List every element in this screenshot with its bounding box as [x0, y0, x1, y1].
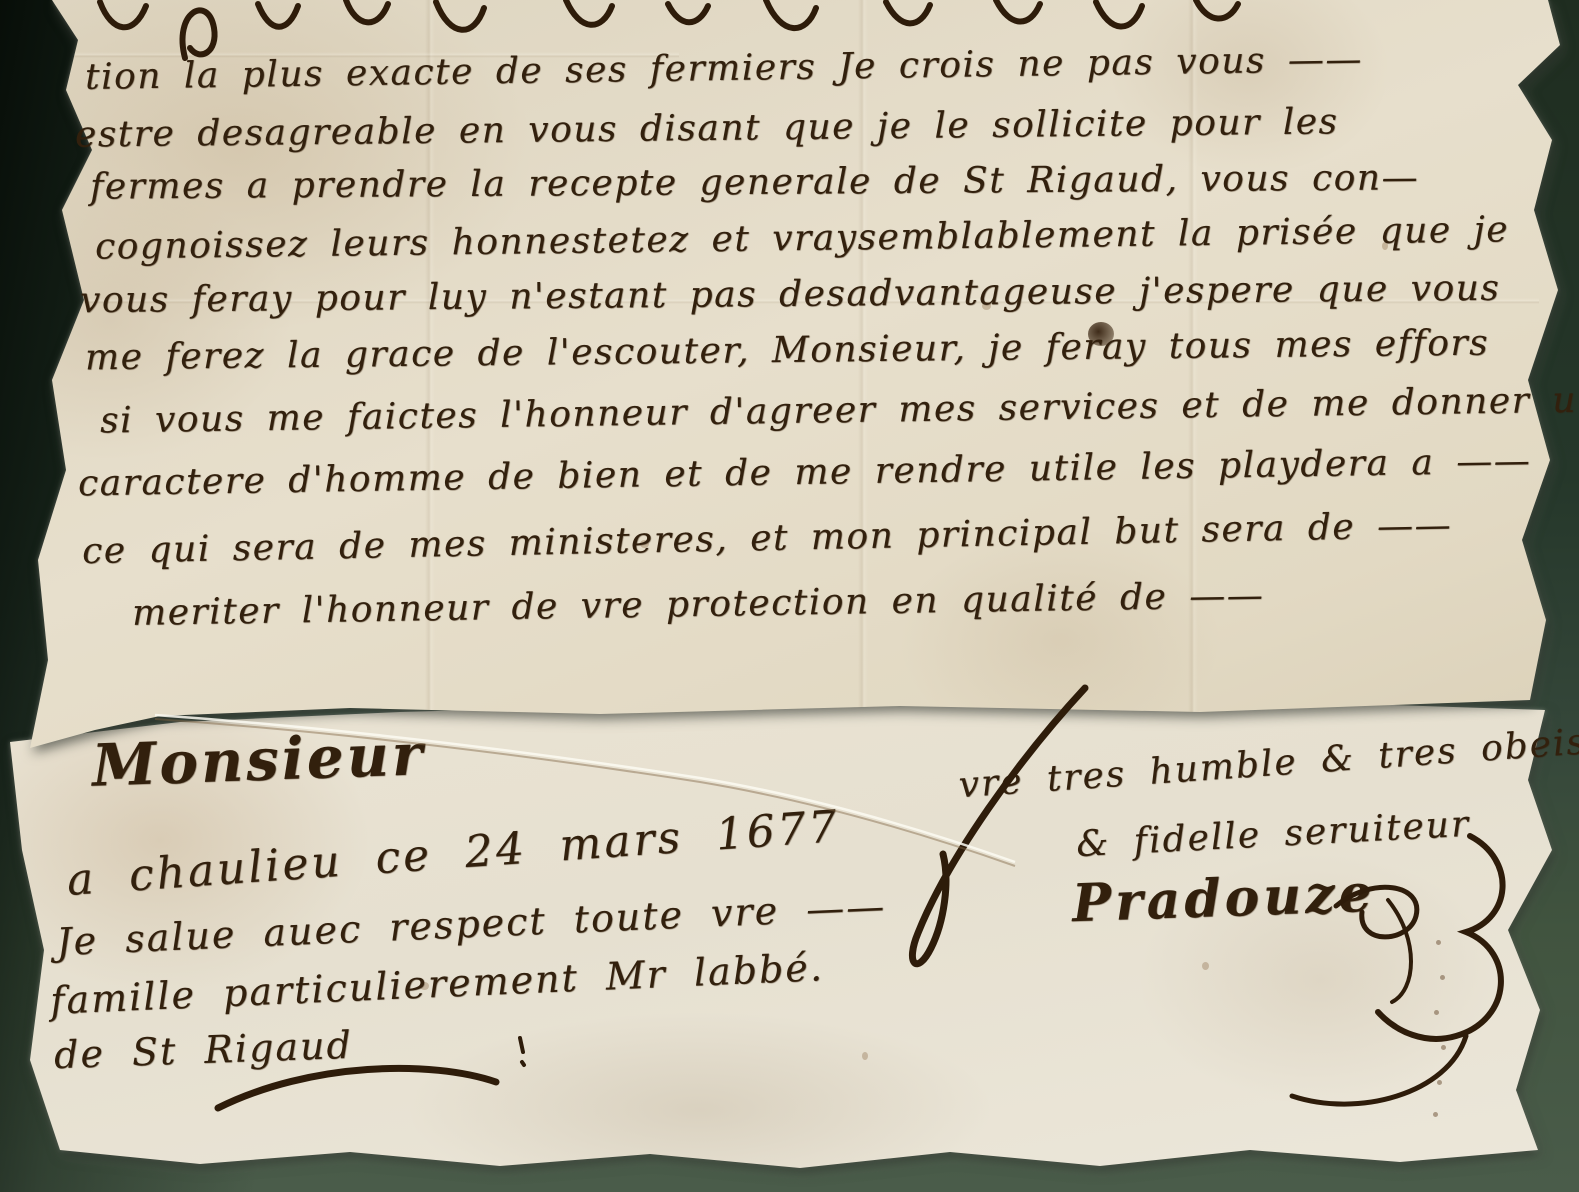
manuscript-photo: tion la plus exacte de ses fermiers Je c… [0, 0, 1579, 1192]
body-line: caractere d'homme de bien et de me rendr… [78, 441, 1532, 505]
signature-name: Pradouze [1071, 863, 1377, 935]
body-line: cognoissez leurs honnestetez et vraysemb… [95, 209, 1509, 267]
body-line: me ferez la grace de l'escouter, Monsieu… [85, 323, 1490, 379]
body-line: meriter l'honneur de vre protection en q… [132, 575, 1265, 634]
body-line: fermes a prendre la recepte generale de … [90, 157, 1419, 207]
body-line: si vous me faictes l'honneur d'agreer me… [100, 380, 1579, 442]
body-line: estre desagreable en vous disant que je … [75, 101, 1339, 155]
salutation: Monsieur [91, 720, 427, 800]
valediction-line: vre tres humble & tres obeisst [957, 719, 1579, 806]
postscript-line: de St Rigaud [53, 1023, 353, 1077]
valediction-line: & fidelle seruiteur [1075, 804, 1471, 866]
body-line: ce qui sera de mes ministeres, et mon pr… [82, 505, 1453, 572]
body-line: tion la plus exacte de ses fermiers Je c… [85, 39, 1363, 98]
body-line: vous feray pour luy n'estant pas desadva… [80, 268, 1501, 321]
